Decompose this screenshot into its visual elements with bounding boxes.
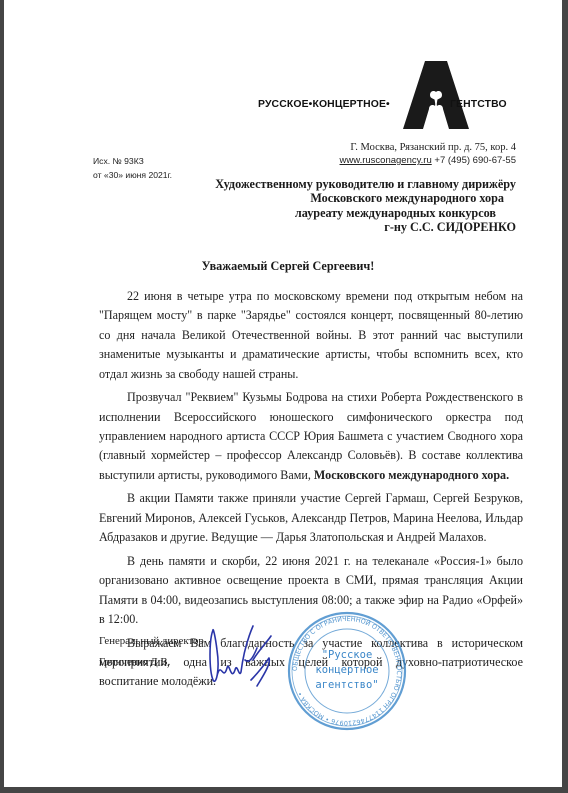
body-paragraph-3: В акции Памяти также приняли участие Сер… bbox=[99, 489, 523, 547]
signatory-position: Генеральный директор bbox=[99, 631, 204, 652]
company-address: Г. Москва, Рязанский пр. д. 75, кор. 4 bbox=[340, 141, 516, 154]
choir-name-bold: Московского международного хора. bbox=[314, 468, 509, 482]
reference-number: Исх. № 93КЗ bbox=[93, 154, 172, 168]
svg-text:концертное: концертное bbox=[315, 664, 378, 676]
company-seal-icon: ОБЩЕСТВО С ОГРАНИЧЕННОЙ ОТВЕТСТВЕННОСТЬЮ… bbox=[284, 610, 410, 732]
handwritten-signature-icon bbox=[207, 620, 279, 692]
logo-a-icon bbox=[403, 61, 469, 129]
svg-text:агентство": агентство" bbox=[315, 679, 378, 691]
company-address-block: Г. Москва, Рязанский пр. д. 75, кор. 4 w… bbox=[340, 141, 516, 167]
svg-text:"Русское: "Русское bbox=[322, 649, 373, 661]
addressee-line-4: г-ну С.С. СИДОРЕНКО bbox=[215, 220, 516, 234]
body-paragraph-1: 22 июня в четыре утра по московскому вре… bbox=[99, 287, 523, 384]
body-paragraph-2: Прозвучал "Реквием" Кузьмы Бодрова на ст… bbox=[99, 388, 523, 485]
logo-wordmark-right: ГЕНТСТВО bbox=[450, 99, 507, 110]
reference-date: от «30» июня 2021г. bbox=[93, 168, 172, 182]
logo-wordmark-left: РУССКОЕ•КОНЦЕРТНОЕ• bbox=[258, 99, 390, 110]
company-phone: +7 (495) 690-67-55 bbox=[434, 155, 516, 166]
signatory-name: Гринченко Д.В. bbox=[99, 652, 204, 673]
addressee-line-3: лауреату международных конкурсов bbox=[215, 206, 516, 220]
addressee-line-1: Художественному руководителю и главному … bbox=[215, 177, 516, 191]
signatory-block: Генеральный директор Гринченко Д.В. bbox=[99, 631, 204, 673]
letter-page: РУССКОЕ•КОНЦЕРТНОЕ• ГЕНТСТВО Г. Москва, … bbox=[4, 0, 562, 787]
addressee-line-2: Московского международного хора bbox=[215, 191, 516, 205]
company-website-link[interactable]: www.rusconagency.ru bbox=[340, 155, 432, 166]
addressee-block: Художественному руководителю и главному … bbox=[215, 177, 516, 235]
salutation: Уважаемый Сергей Сергеевич! bbox=[4, 259, 562, 274]
outgoing-reference: Исх. № 93КЗ от «30» июня 2021г. bbox=[93, 154, 172, 182]
